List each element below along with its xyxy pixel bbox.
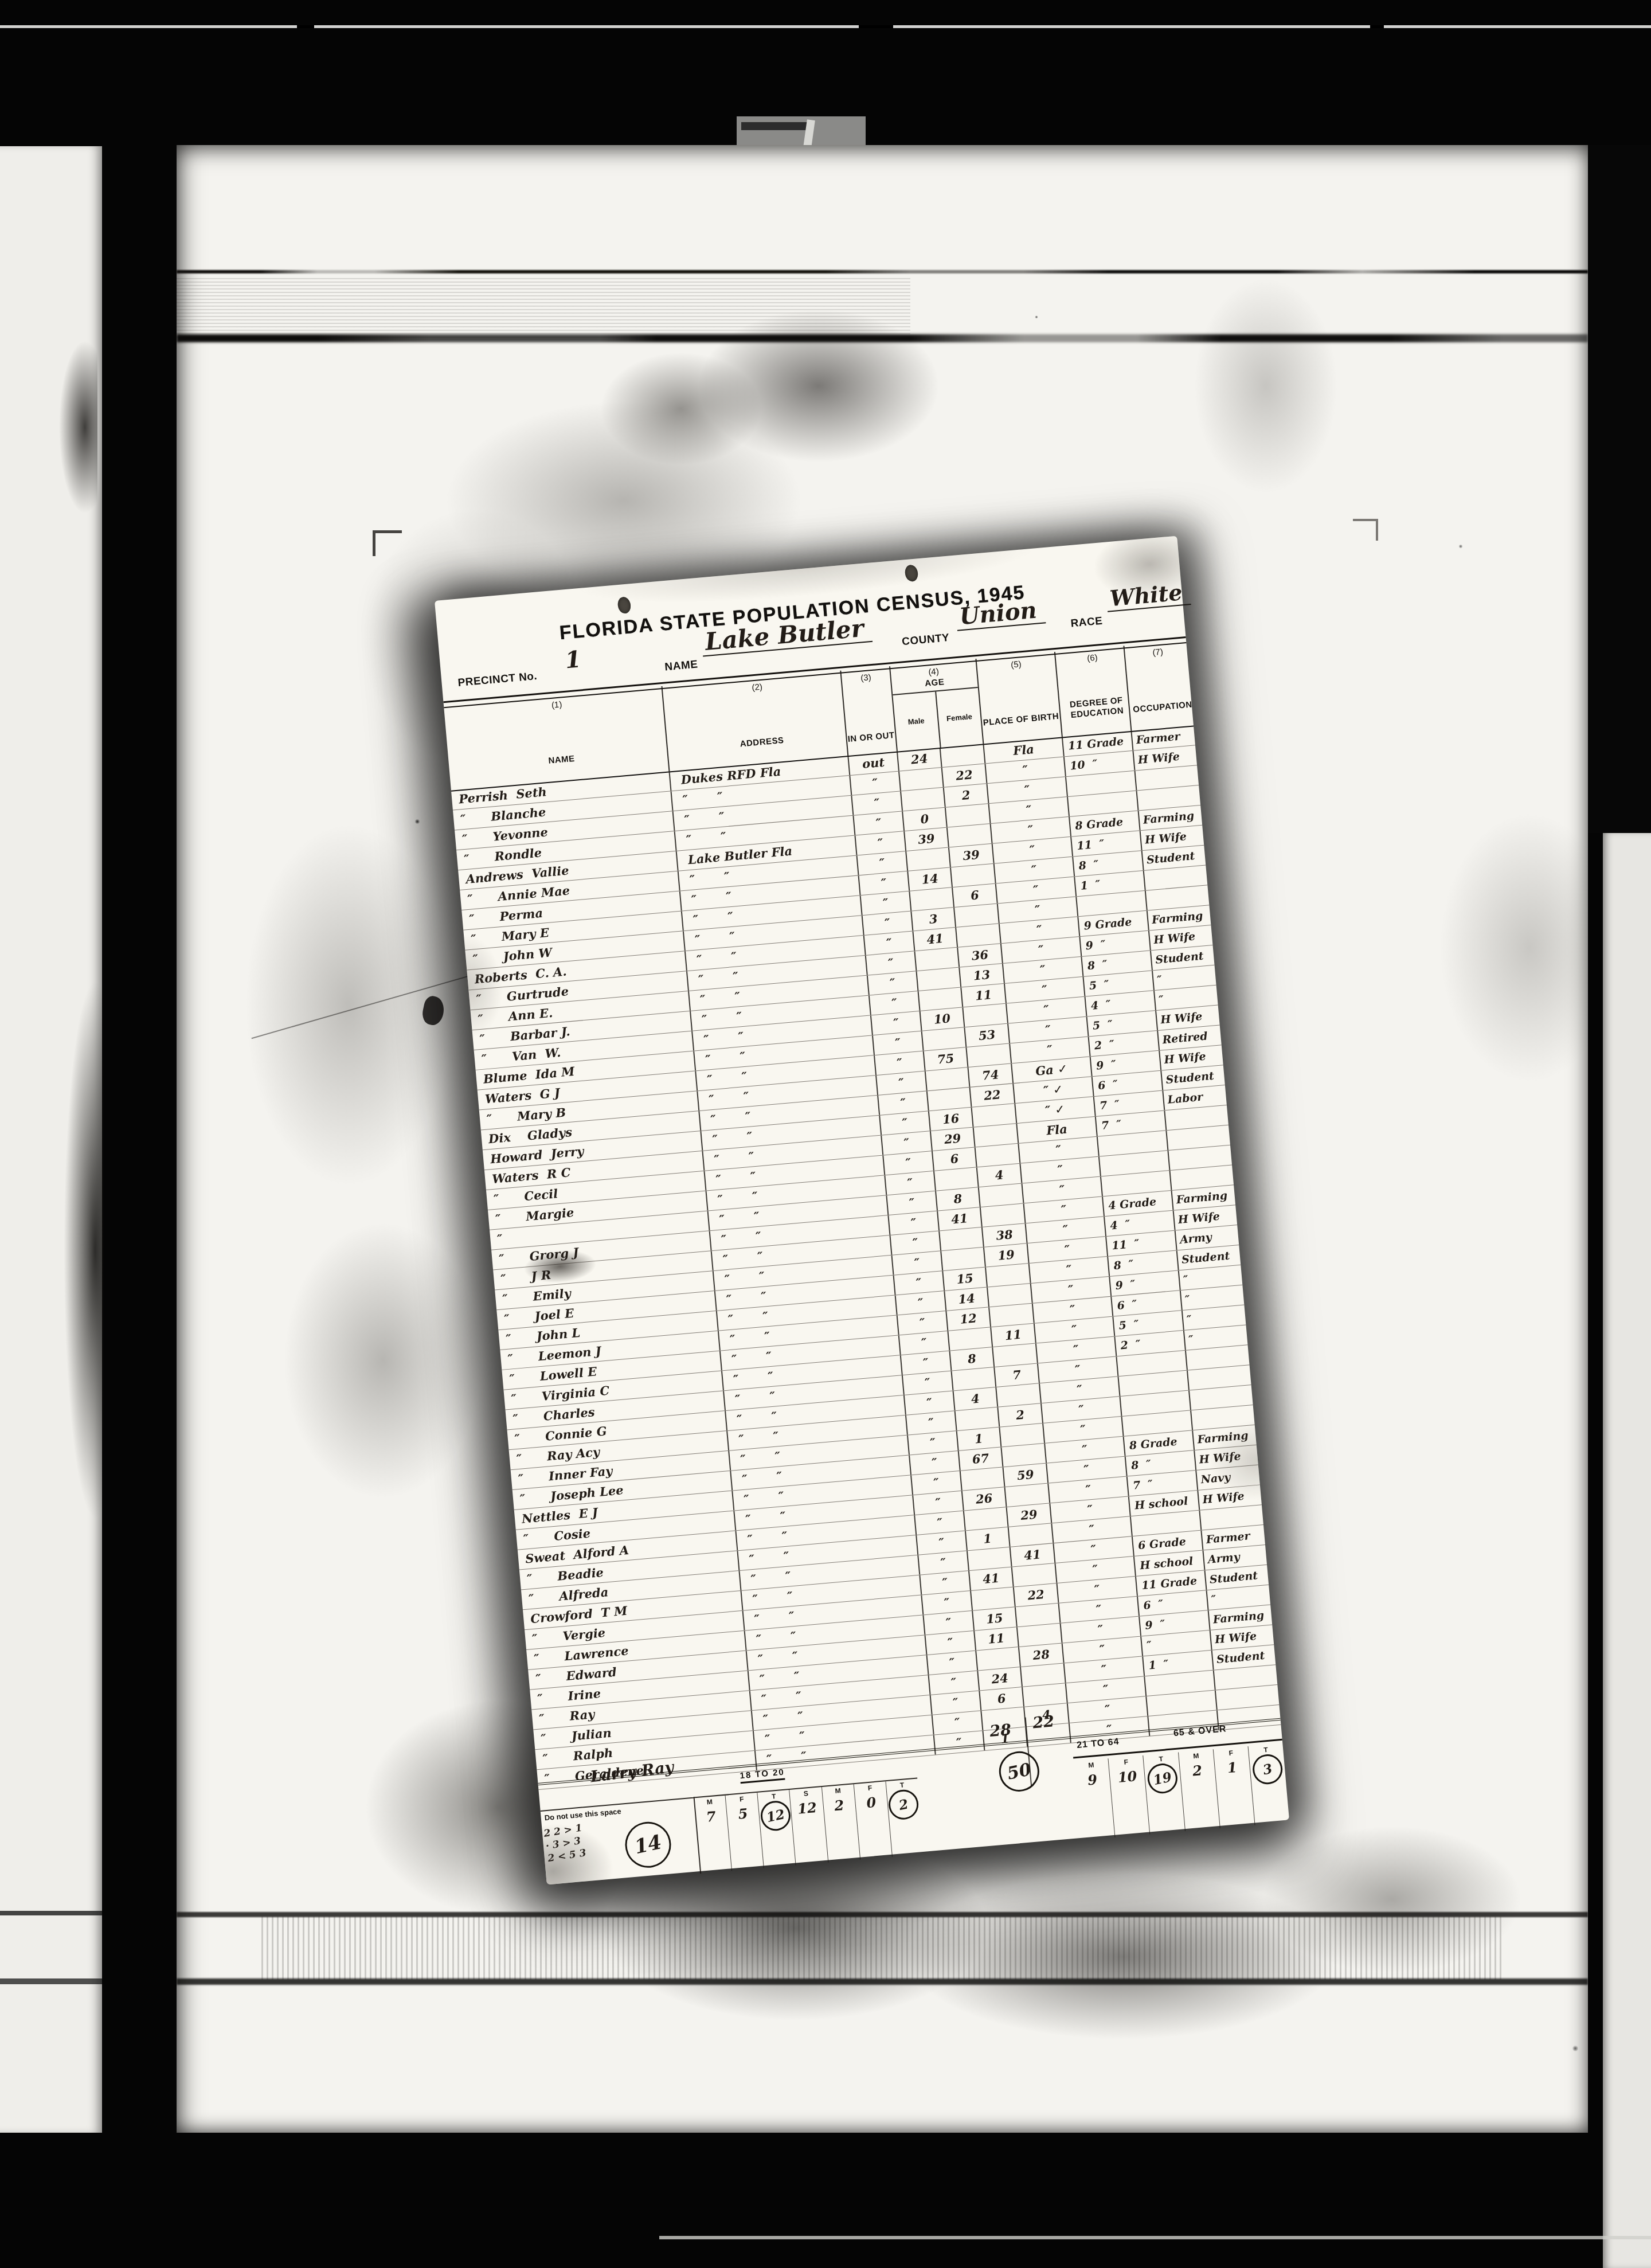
tally-header: T bbox=[772, 1792, 777, 1801]
cell-f bbox=[956, 924, 1001, 947]
cell-f bbox=[1018, 1624, 1063, 1647]
subcolumn-female: Female bbox=[936, 688, 983, 748]
cell-m: 41 bbox=[969, 1567, 1014, 1590]
cell-f bbox=[972, 1104, 1018, 1127]
cell-f: 6 bbox=[953, 883, 998, 906]
column-header-occupation: (7) OCCUPATION bbox=[1124, 640, 1194, 731]
cell-f: 4 bbox=[977, 1164, 1023, 1187]
column-number: (3) bbox=[860, 672, 872, 683]
film-smudge bbox=[23, 863, 103, 1637]
cell-m: 15 bbox=[943, 1268, 988, 1291]
frame-line bbox=[177, 270, 1588, 273]
cell-m bbox=[926, 1067, 971, 1090]
cell-m bbox=[971, 1587, 1016, 1610]
column-number: (6) bbox=[1087, 653, 1098, 664]
cell-m: 29 bbox=[931, 1128, 976, 1151]
cell-m: 11 bbox=[975, 1627, 1019, 1650]
cell-m: 6 bbox=[933, 1147, 977, 1170]
cell-m bbox=[901, 788, 946, 811]
cell-f: 11 bbox=[991, 1324, 1036, 1347]
cell-f bbox=[963, 1004, 1008, 1027]
cell-f bbox=[954, 904, 1000, 926]
column-label: PLACE OF BIRTH bbox=[983, 711, 1059, 729]
do-not-use-label: Do not use this space bbox=[544, 1807, 621, 1823]
grand-total-circled: 14 bbox=[621, 1817, 675, 1872]
column-header-education: (6) DEGREE OF EDUCATION bbox=[1055, 646, 1132, 737]
frame-line bbox=[0, 1978, 102, 1984]
cell-f bbox=[951, 864, 996, 887]
age-total-female: 22 bbox=[1032, 1712, 1055, 1732]
cell-f bbox=[1023, 1683, 1068, 1706]
census-sheet: FLORIDA STATE POPULATION CENSUS, 1945 PR… bbox=[435, 536, 1289, 1885]
cell-m bbox=[917, 968, 962, 991]
cell-f: 2 bbox=[998, 1403, 1043, 1426]
age-subcolumns: Male Female bbox=[893, 688, 983, 752]
cell-m bbox=[976, 1647, 1021, 1670]
tally-header: F bbox=[1124, 1758, 1129, 1766]
cell-f bbox=[967, 1043, 1012, 1066]
census-rows: Perrish SethDukes RFD Flaout24Fla11 Grad… bbox=[451, 725, 1281, 1783]
cell-f: 59 bbox=[1003, 1464, 1048, 1487]
tally-total-circled: 19 bbox=[1145, 1761, 1180, 1796]
cell-m: 41 bbox=[938, 1207, 983, 1230]
cell-f bbox=[946, 804, 991, 827]
cell-m bbox=[928, 1088, 972, 1110]
cell-m bbox=[910, 887, 954, 910]
cell-f bbox=[996, 1383, 1042, 1406]
cell-m bbox=[968, 1547, 1012, 1570]
precinct-value: 1 bbox=[564, 648, 582, 672]
tally-value: 12 bbox=[797, 1799, 817, 1817]
film-top-scratch-line bbox=[0, 25, 1651, 28]
tally-header: T bbox=[1159, 1755, 1164, 1763]
punch-hole-icon bbox=[616, 596, 632, 615]
cell-m: 16 bbox=[929, 1108, 974, 1131]
margin-tally-notes: 2 2 > 1 · 3 > 3 2 < 5 3 bbox=[543, 1822, 587, 1866]
cell-m: 24 bbox=[898, 748, 942, 771]
tally-header: M bbox=[835, 1786, 841, 1795]
county-value: Union bbox=[955, 598, 1046, 631]
frame-corner-mark bbox=[373, 530, 402, 556]
tally-header: M bbox=[706, 1798, 713, 1806]
tally-value: 9 bbox=[1087, 1771, 1098, 1788]
frame-corner-mark bbox=[1353, 519, 1378, 541]
cell-m: 41 bbox=[913, 928, 958, 951]
column-header-address: (2) ADDRESS bbox=[662, 671, 848, 772]
cell-f bbox=[1021, 1663, 1066, 1686]
tally-value: 2 bbox=[834, 1797, 844, 1814]
tally-header: S bbox=[803, 1789, 808, 1798]
tally-value: 7 bbox=[706, 1808, 717, 1825]
cell-m: 8 bbox=[950, 1347, 995, 1370]
cell-m: 1 bbox=[966, 1527, 1011, 1550]
cell-f bbox=[993, 1343, 1038, 1366]
cell-f bbox=[976, 1144, 1021, 1167]
cell-f bbox=[1009, 1523, 1054, 1546]
cell-f: 19 bbox=[984, 1244, 1030, 1266]
cell-m: 6 bbox=[980, 1687, 1024, 1710]
column-number: (2) bbox=[752, 682, 763, 693]
column-number: (7) bbox=[1152, 647, 1164, 658]
cell-m: 14 bbox=[945, 1287, 989, 1310]
adjacent-frame-left bbox=[0, 146, 102, 2133]
cell-m: 39 bbox=[905, 828, 949, 851]
cell-f bbox=[948, 824, 993, 847]
cell-f: 22 bbox=[942, 764, 988, 787]
cell-f bbox=[981, 1203, 1026, 1226]
age-total-male: 28 bbox=[989, 1721, 1012, 1741]
column-header-age: (4) AGE Male Female bbox=[890, 659, 984, 752]
cell-m: 15 bbox=[973, 1607, 1018, 1630]
cell-m: 75 bbox=[924, 1047, 969, 1070]
cell-f bbox=[1006, 1483, 1051, 1506]
cell-f: 36 bbox=[958, 944, 1003, 967]
tally-header: F bbox=[740, 1795, 745, 1804]
film-bottom-scratch-line bbox=[659, 2236, 1651, 2239]
column-label: IN OR OUT bbox=[847, 730, 895, 745]
film-grain-band bbox=[261, 1917, 1504, 1980]
frame-line bbox=[0, 1911, 102, 1915]
column-number: (5) bbox=[1011, 659, 1022, 670]
bracket-18-20: 18 TO 20 bbox=[740, 1768, 785, 1784]
column-label: NAME bbox=[548, 754, 576, 767]
name-label: NAME bbox=[664, 658, 699, 674]
tally-header: M bbox=[1193, 1751, 1199, 1760]
tally-header: F bbox=[867, 1784, 873, 1792]
cell-m: 12 bbox=[946, 1307, 991, 1330]
cell-m bbox=[940, 1227, 984, 1250]
cell-m bbox=[915, 948, 960, 971]
tally-value: 10 bbox=[1117, 1768, 1138, 1786]
cell-m: 10 bbox=[921, 1007, 965, 1030]
cell-f bbox=[988, 1284, 1033, 1307]
cell-f bbox=[989, 1304, 1035, 1327]
cell-m: 67 bbox=[959, 1447, 1004, 1470]
cell-f: 22 bbox=[1014, 1583, 1059, 1606]
race-label: RACE bbox=[1070, 615, 1104, 631]
film-grain-band bbox=[177, 276, 910, 338]
column-label: ADDRESS bbox=[740, 736, 784, 750]
cell-m bbox=[952, 1367, 997, 1390]
film-smudge bbox=[34, 307, 97, 548]
cell-m bbox=[919, 987, 964, 1010]
cell-f bbox=[986, 1264, 1031, 1286]
tally-header: T bbox=[1263, 1746, 1269, 1754]
tally-total-circled: 2 bbox=[886, 1787, 922, 1823]
cell-m: 3 bbox=[911, 908, 956, 930]
tally-value: 0 bbox=[866, 1794, 877, 1811]
cell-m: 14 bbox=[908, 867, 953, 890]
bracket-21-64: 21 TO 64 bbox=[1077, 1737, 1120, 1751]
tally-header: T bbox=[899, 1781, 905, 1789]
cell-f bbox=[941, 744, 986, 767]
cell-f: 38 bbox=[983, 1223, 1028, 1246]
cell-f: 74 bbox=[968, 1063, 1014, 1086]
column-header-in-or-out: (3) IN OR OUT bbox=[841, 666, 898, 756]
cell-m: 24 bbox=[978, 1667, 1023, 1690]
subcolumn-male: Male bbox=[893, 691, 941, 751]
cell-m: 1 bbox=[957, 1428, 1002, 1450]
cell-f: 11 bbox=[961, 984, 1007, 1007]
cell-f: 2 bbox=[944, 784, 989, 807]
frame-line bbox=[177, 1978, 1588, 1985]
frame-line bbox=[177, 334, 1588, 342]
cell-m bbox=[961, 1467, 1006, 1490]
film-edge-right bbox=[1588, 145, 1651, 833]
column-label: OCCUPATION bbox=[1133, 700, 1193, 716]
cell-f bbox=[974, 1124, 1019, 1147]
county-label: COUNTY bbox=[901, 632, 950, 648]
race-value: White bbox=[1106, 581, 1192, 612]
cell-f: 28 bbox=[1019, 1643, 1065, 1666]
cell-f: 41 bbox=[1011, 1543, 1056, 1566]
precinct-label: PRECINCT No. bbox=[457, 670, 538, 690]
cell-f bbox=[1000, 1424, 1045, 1446]
age-column-totals: 28 22 50 bbox=[982, 1714, 1075, 1796]
cell-m bbox=[941, 1248, 986, 1270]
tally-header: F bbox=[1229, 1749, 1234, 1757]
tally-column: T2 bbox=[886, 1778, 924, 1856]
cell-m: 4 bbox=[954, 1387, 999, 1410]
cell-f: 7 bbox=[995, 1363, 1040, 1386]
column-number: (1) bbox=[551, 699, 562, 710]
tally-total-circled: 12 bbox=[758, 1798, 793, 1833]
tally-value: 5 bbox=[738, 1805, 749, 1822]
cell-m bbox=[956, 1407, 1000, 1430]
column-number: (4) bbox=[928, 667, 940, 678]
tally-header: M bbox=[1088, 1761, 1094, 1769]
cell-m: 0 bbox=[903, 808, 948, 831]
cell-f bbox=[1016, 1604, 1061, 1626]
cell-f: 53 bbox=[965, 1024, 1010, 1047]
microfilm-scan: FLORIDA STATE POPULATION CENSUS, 1945 PR… bbox=[0, 0, 1651, 2268]
cell-f: 22 bbox=[971, 1084, 1016, 1106]
cell-m: 8 bbox=[936, 1187, 981, 1210]
punch-hole-icon bbox=[903, 564, 919, 582]
cell-m bbox=[964, 1507, 1009, 1530]
cell-f: 29 bbox=[1007, 1503, 1053, 1526]
bracket-65-over: 65 & OVER bbox=[1173, 1724, 1227, 1739]
cell-f bbox=[1012, 1563, 1058, 1586]
cell-m: 26 bbox=[963, 1487, 1007, 1510]
column-header-place-of-birth: (5) PLACE OF BIRTH bbox=[976, 652, 1062, 744]
cell-m bbox=[948, 1327, 993, 1350]
cell-f bbox=[1001, 1444, 1047, 1467]
tally-value: 2 bbox=[1192, 1762, 1203, 1779]
tally-value: 1 bbox=[1227, 1759, 1238, 1776]
cell-m bbox=[922, 1027, 967, 1050]
column-label: DEGREE OF EDUCATION bbox=[1064, 695, 1129, 722]
adjacent-frame-right bbox=[1603, 833, 1651, 2268]
cell-f: 13 bbox=[960, 964, 1005, 987]
tally-column: T3 bbox=[1248, 1743, 1289, 1825]
cell-m bbox=[906, 847, 951, 870]
cell-f bbox=[979, 1183, 1024, 1206]
cell-m bbox=[934, 1167, 979, 1190]
age-total-circled: 50 bbox=[995, 1747, 1043, 1795]
do-not-use-box: Do not use this space 2 2 > 1 · 3 > 3 2 … bbox=[541, 1797, 702, 1887]
cell-m bbox=[899, 768, 944, 791]
cell-f: 39 bbox=[949, 844, 995, 867]
tally-total-circled: 3 bbox=[1250, 1751, 1285, 1787]
